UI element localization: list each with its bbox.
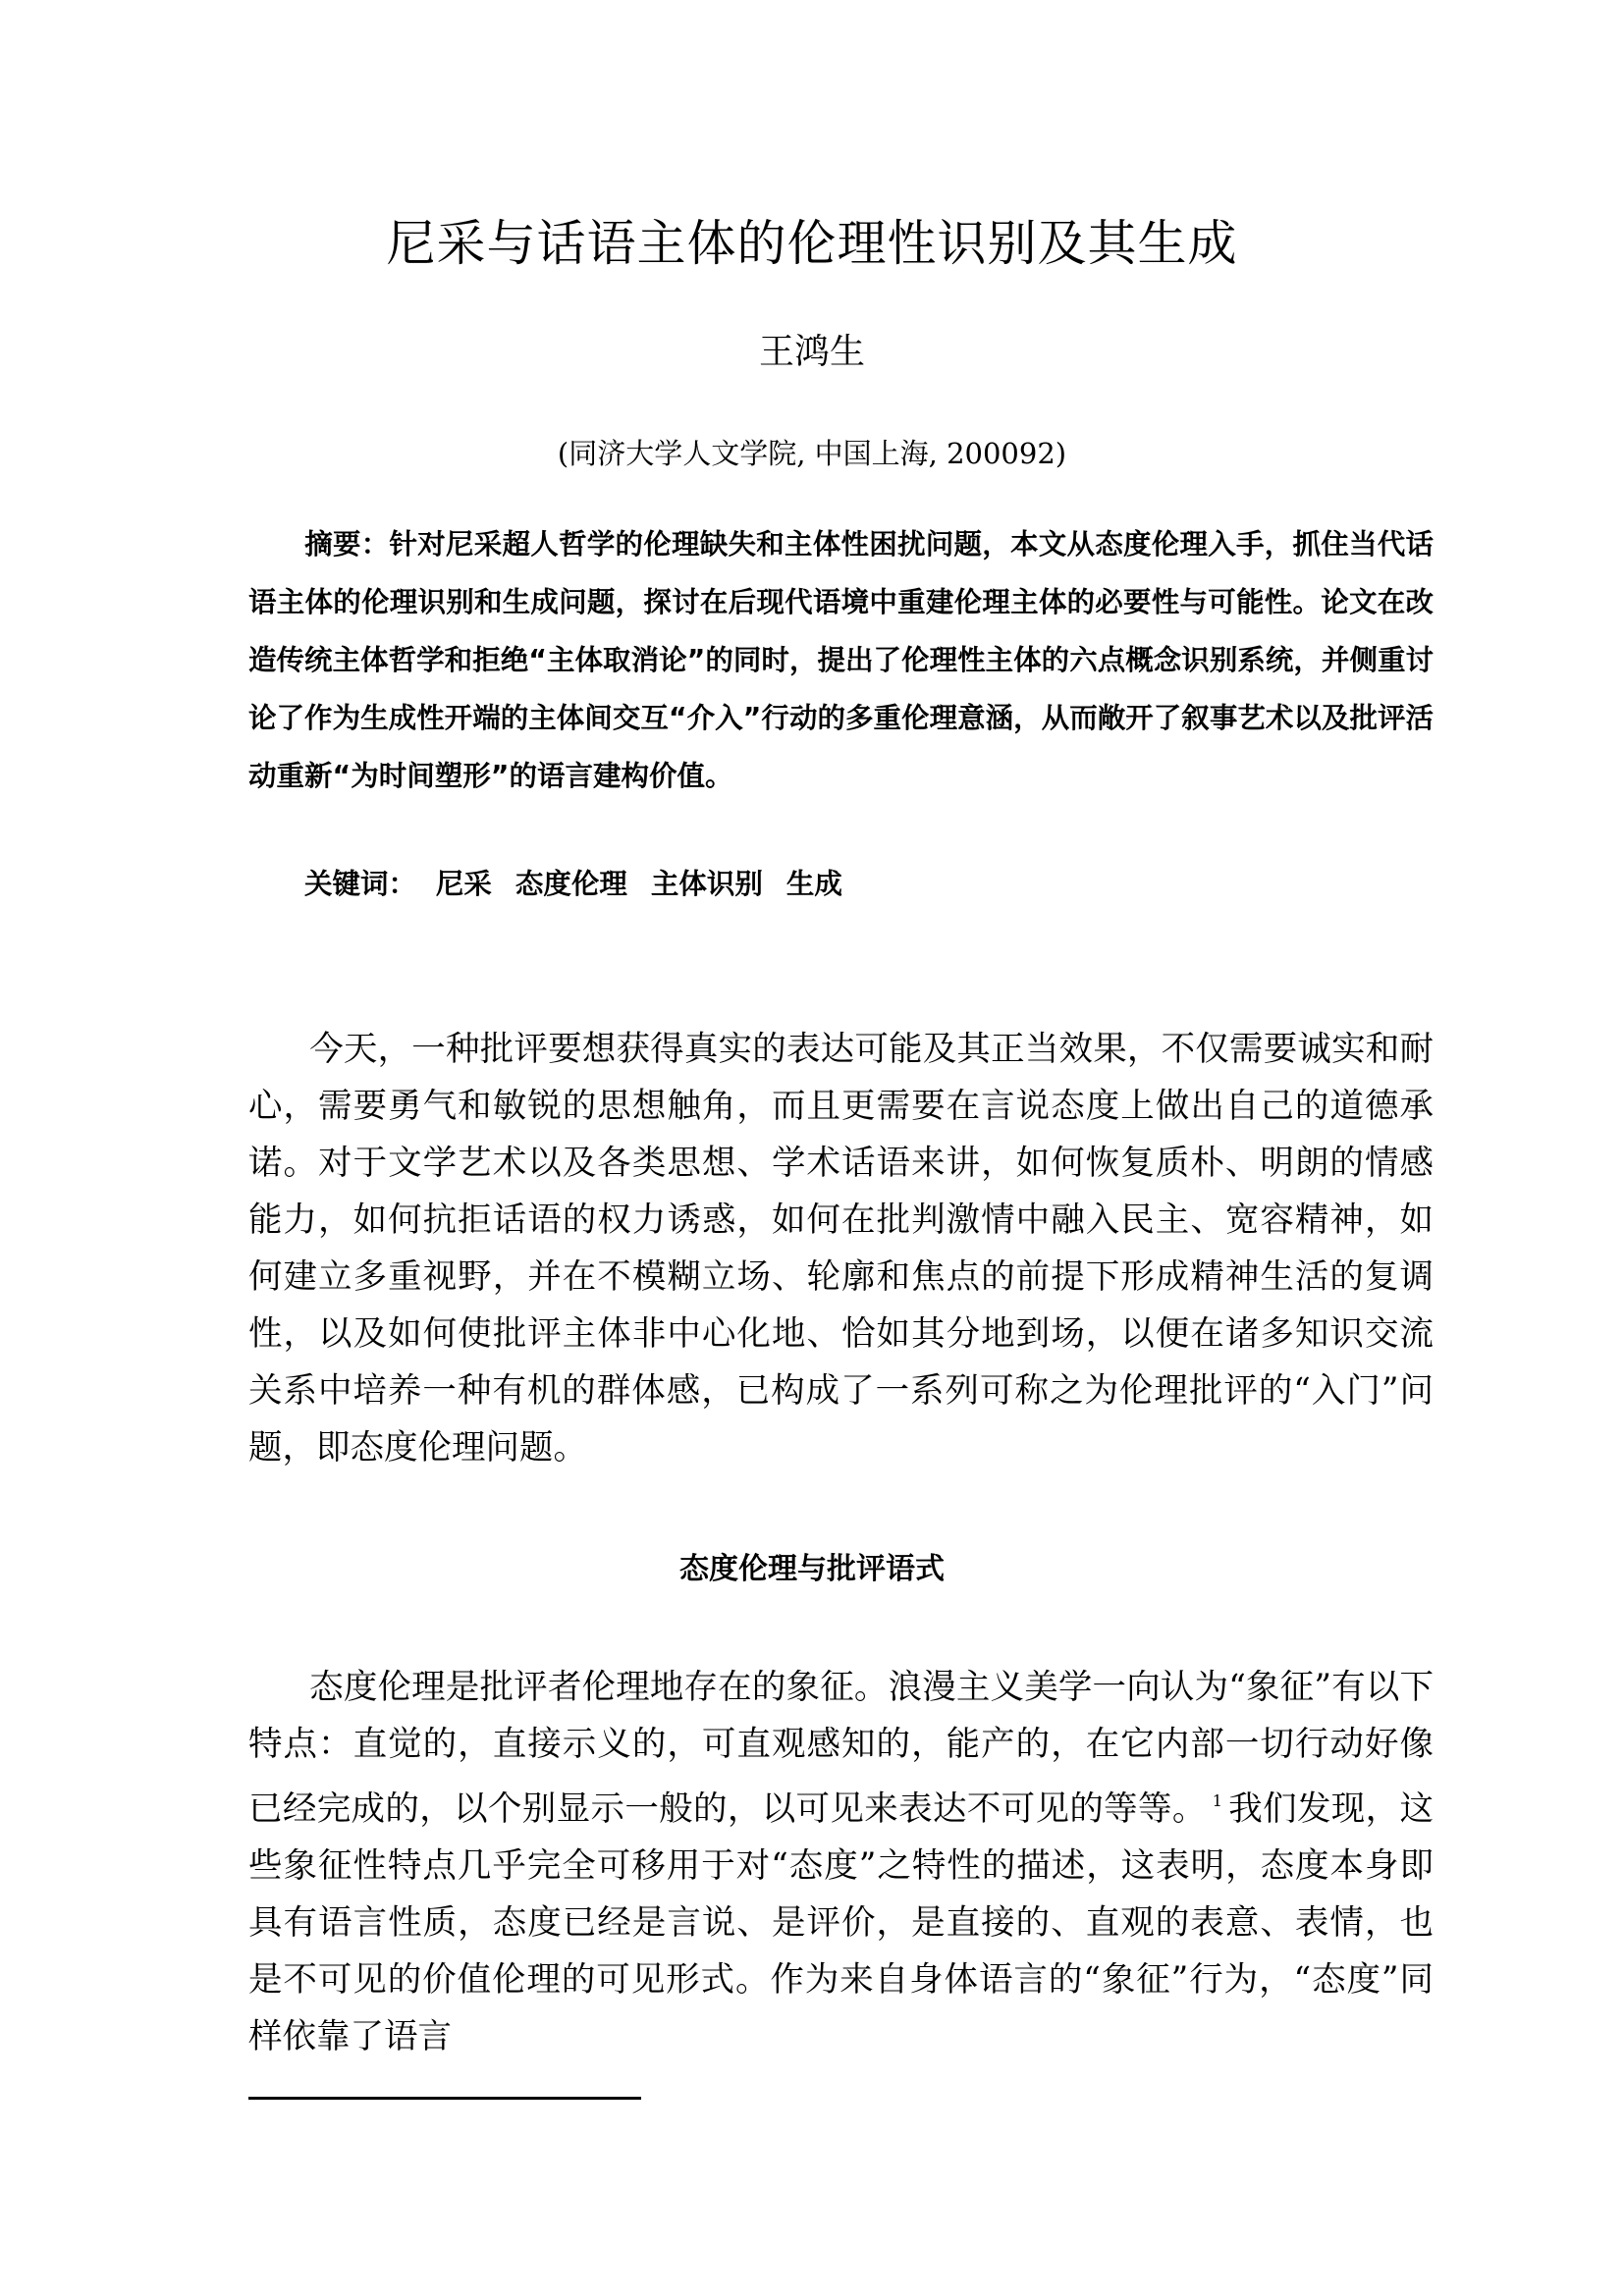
intro-paragraph: 今天，一种批评要想获得真实的表达可能及其正当效果，不仅需要诚实和耐心，需要勇气和… — [248, 1021, 1434, 1476]
paper-title: 尼采与话语主体的伦理性识别及其生成 — [0, 204, 1624, 275]
author-name: 王鸿生 — [0, 324, 1624, 374]
document-page: 尼采与话语主体的伦理性识别及其生成 王鸿生 (同济大学人文学院, 中国上海, 2… — [0, 0, 1624, 2296]
keyword: 主体识别 — [651, 868, 763, 900]
abstract: 摘要：针对尼采超人哲学的伦理缺失和主体性困扰问题，本文从态度伦理入手，抓住当代话… — [248, 515, 1434, 805]
keywords-label: 关键词： — [304, 868, 416, 900]
footnote-separator-rule — [248, 2097, 641, 2100]
intro-paragraph-text: 今天，一种批评要想获得真实的表达可能及其正当效果，不仅需要诚实和耐心，需要勇气和… — [248, 1030, 1434, 1468]
keyword: 尼采 — [436, 868, 492, 900]
abstract-text: 针对尼采超人哲学的伦理缺失和主体性困扰问题，本文从态度伦理入手，抓住当代话语主体… — [248, 528, 1434, 792]
keyword: 态度伦理 — [515, 868, 627, 900]
footnote-marker[interactable]: 1 — [1213, 1791, 1222, 1810]
section-paragraph: 态度伦理是批评者伦理地存在的象征。浪漫主义美学一向认为“象征”有以下特点：直觉的… — [248, 1659, 1434, 2065]
keyword: 生成 — [786, 868, 842, 900]
abstract-label: 摘要： — [304, 528, 390, 561]
author-affiliation: (同济大学人文学院, 中国上海, 200092) — [0, 432, 1624, 472]
paragraph-text-continued: 我们发现，这些象征性特点几乎完全可移用于对“态度”之特性的描述，这表明，态度本身… — [248, 1789, 1434, 2056]
keywords: 关键词： 尼采态度伦理主体识别生成 — [304, 862, 866, 902]
section-heading: 态度伦理与批评语式 — [0, 1544, 1624, 1587]
